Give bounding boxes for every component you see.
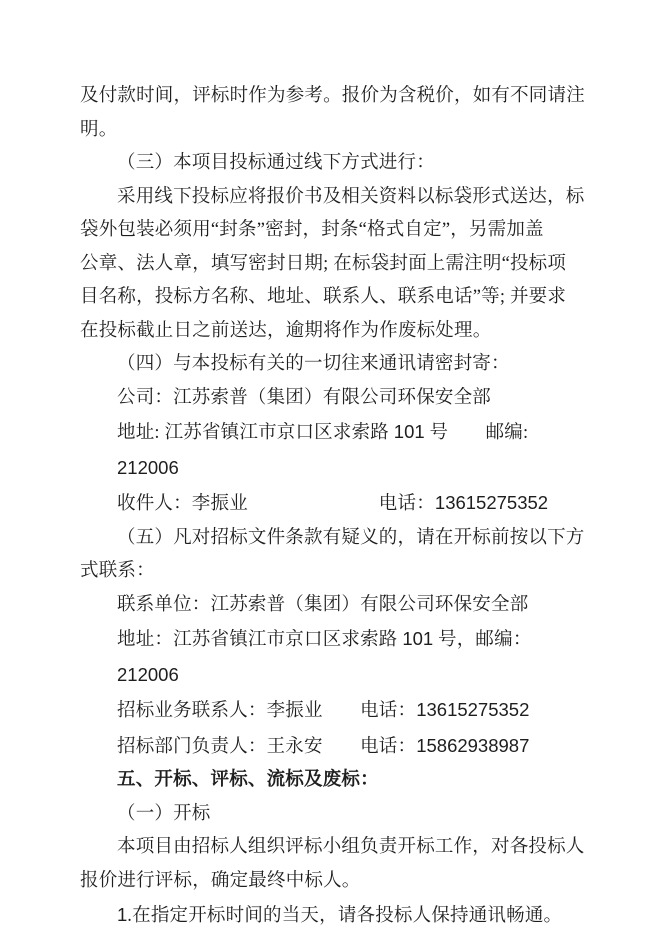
text-line: 地址：江苏省镇江市京口区求索路 101 号，邮编：212006: [80, 622, 585, 693]
document-page: 及付款时间，评标时作为参考。报价为含税价，如有不同请注明。（三）本项目投标通过线…: [0, 0, 662, 936]
text-line: 目名称，投标方名称、地址、联系人、联系电话”等; 并要求: [80, 281, 585, 315]
text-line: 公司：江苏索普（集团）有限公司环保安全部: [80, 382, 585, 416]
text-line: 公章、法人章，填写密封日期; 在标袋封面上需注明“投标项: [80, 248, 585, 282]
text-line: 地址: 江苏省镇江市京口区求索路 101 号 邮编: 212006: [80, 415, 585, 486]
numeric-text: 13615275352: [416, 699, 529, 720]
text-line: 收件人：李振业 电话：13615275352: [80, 486, 585, 522]
text-line: 式联系：: [80, 555, 585, 589]
text-line: 本项目由招标人组织评标小组负责开标工作，对各投标人: [80, 831, 585, 865]
numeric-text: 15862938987: [416, 735, 529, 756]
text-line: （四）与本投标有关的一切往来通讯请密封寄：: [80, 348, 585, 382]
numeric-text: 101: [394, 421, 425, 442]
text-line: 及付款时间，评标时作为参考。报价为含税价，如有不同请注: [80, 80, 585, 114]
text-line: 在投标截止日之前送达，逾期将作为作废标处理。: [80, 315, 585, 349]
text-line: 采用线下投标应将报价书及相关资料以标袋形式送达，标: [80, 181, 585, 215]
text-line: 报价进行评标，确定最终中标人。: [80, 865, 585, 899]
numeric-text: 212006: [117, 457, 179, 478]
text-line: 招标业务联系人：李振业 电话：13615275352: [80, 693, 585, 729]
numeric-text: 212006: [117, 664, 179, 685]
numeric-text: 1: [117, 904, 127, 925]
text-line: 联系单位：江苏索普（集团）有限公司环保安全部: [80, 589, 585, 623]
text-line: （五）凡对招标文件条款有疑义的，请在开标前按以下方: [80, 522, 585, 556]
text-line: 招标部门负责人：王永安 电话：15862938987: [80, 729, 585, 765]
text-line: 袋外包装必须用“封条”密封，封条“格式自定”，另需加盖: [80, 214, 585, 248]
numeric-text: 13615275352: [435, 492, 548, 513]
text-line: 1.在指定开标时间的当天，请各投标人保持通讯畅通。: [80, 898, 585, 934]
document-text-block: 及付款时间，评标时作为参考。报价为含税价，如有不同请注明。（三）本项目投标通过线…: [80, 80, 585, 934]
numeric-text: 101: [402, 628, 433, 649]
text-line: （一）开标: [80, 798, 585, 832]
text-line: （三）本项目投标通过线下方式进行：: [80, 147, 585, 181]
text-line: 明。: [80, 114, 585, 148]
text-line: 五、开标、评标、流标及废标：: [80, 764, 585, 798]
